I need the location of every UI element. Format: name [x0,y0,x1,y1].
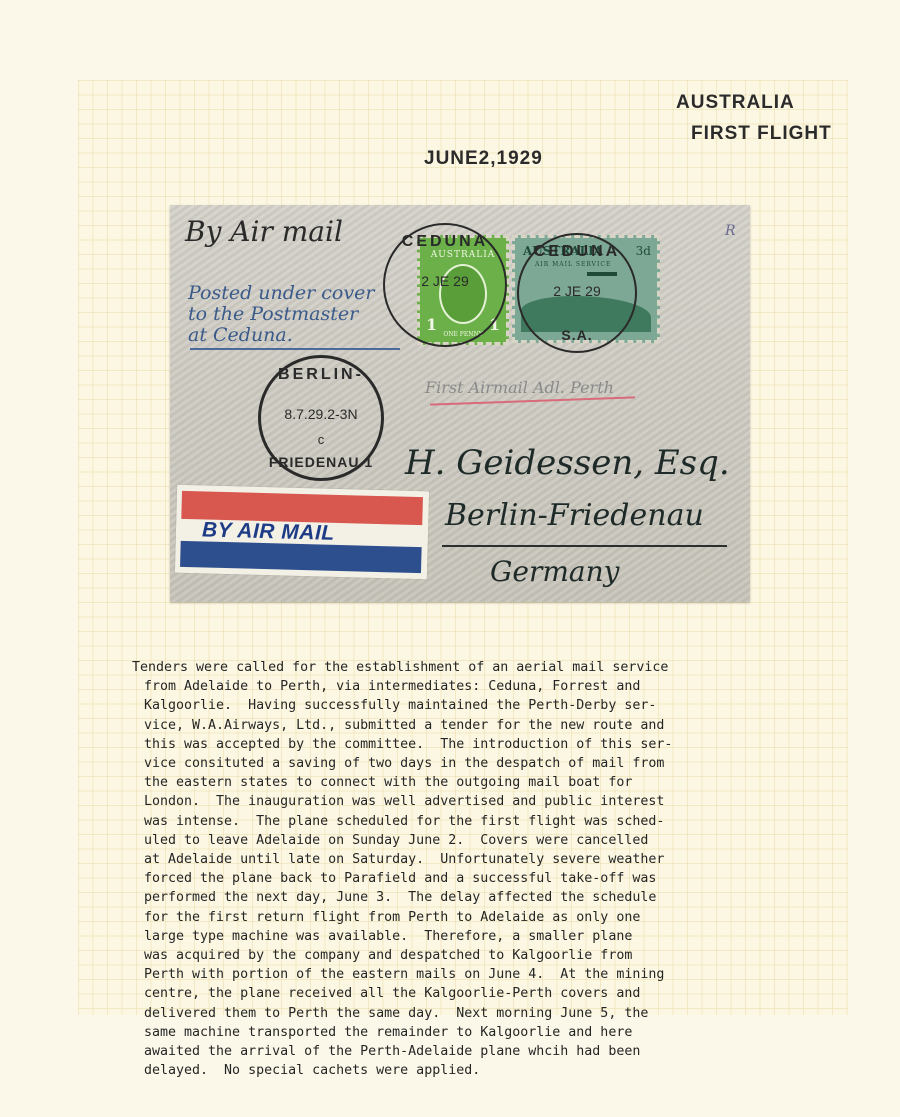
description-line: delayed. No special cachets were applied… [132,1061,812,1080]
event-heading: FIRST FLIGHT [691,123,832,145]
posted-note-line: Posted under cover [188,283,408,304]
posted-note-line: to the Postmaster [188,304,408,325]
description-text: Tenders were called for the establishmen… [132,658,812,1080]
address-underline [442,545,727,547]
description-line: at Adelaide until late on Saturday. Unfo… [132,850,812,869]
description-line: this was accepted by the committee. The … [132,735,812,754]
description-line: Kalgoorlie. Having successfully maintain… [132,696,812,715]
description-line: centre, the plane received all the Kalgo… [132,984,812,1003]
description-line: vice consituted a saving of two days in … [132,754,812,773]
red-underline [430,396,635,405]
description-line: the eastern states to connect with the o… [132,773,812,792]
by-air-mail-label: BY AIR MAIL [175,485,429,580]
description-line: was intense. The plane scheduled for the… [132,812,812,831]
description-line: for the first return flight from Perth t… [132,908,812,927]
postmark-code: c [261,432,381,447]
addressee-name: H. Geidessen, Esq. [405,443,730,483]
stamp-denomination: 3d [636,244,651,258]
addressee-country: Germany [490,555,619,588]
postmark-state: S.A. [519,327,635,343]
by-air-mail-handwriting: By Air mail [185,215,343,248]
pencil-note: First Airmail Adl. Perth [425,378,614,397]
label-blue-stripe [180,541,422,573]
ceduna-postmark: CEDUNA 2 JE 29 S.A. [517,233,637,353]
postmark-date: 8.7.29.2-3N [261,406,381,422]
postmark-town: CEDUNA [385,233,505,251]
description-line: London. The inauguration was well advert… [132,792,812,811]
description-line: delivered them to Perth the same day. Ne… [132,1004,812,1023]
postmark-town: BERLIN- [261,366,381,384]
postmark-date: 2 JE 29 [519,283,635,299]
description-line: uled to leave Adelaide on Sunday June 2.… [132,831,812,850]
postmark-bottom: FRIEDENAU 1 [261,454,381,470]
postmark-town: CEDUNA [519,243,635,261]
description-line: same machine transported the remainder t… [132,1023,812,1042]
berlin-friedenau-postmark: BERLIN- 8.7.29.2-3N c FRIEDENAU 1 [258,355,384,481]
country-heading: AUSTRALIA [676,92,795,114]
description-line: vice, W.A.Airways, Ltd., submitted a ten… [132,716,812,735]
description-line: large type machine was available. Theref… [132,927,812,946]
postmark-date: 2 JE 29 [385,273,505,289]
underline [190,348,400,350]
description-line: Perth with portion of the eastern mails … [132,965,812,984]
description-line: forced the plane back to Parafield and a… [132,869,812,888]
description-line: was acquired by the company and despatch… [132,946,812,965]
description-line: awaited the arrival of the Perth-Adelaid… [132,1042,812,1061]
addressee-city: Berlin-Friedenau [445,498,704,533]
description-line: performed the next day, June 3. The dela… [132,888,812,907]
ceduna-postmark: CEDUNA 2 JE 29 [383,223,507,347]
envelope-cover: By Air mail Posted under cover to the Po… [170,205,750,602]
registration-mark: R [725,223,736,239]
description-line: from Adelaide to Perth, via intermediate… [132,677,812,696]
posted-note-line: at Ceduna. [188,325,408,346]
description-line: Tenders were called for the establishmen… [132,658,812,677]
flight-date-heading: JUNE2,1929 [424,148,543,170]
posted-under-cover-note: Posted under cover to the Postmaster at … [188,283,408,346]
